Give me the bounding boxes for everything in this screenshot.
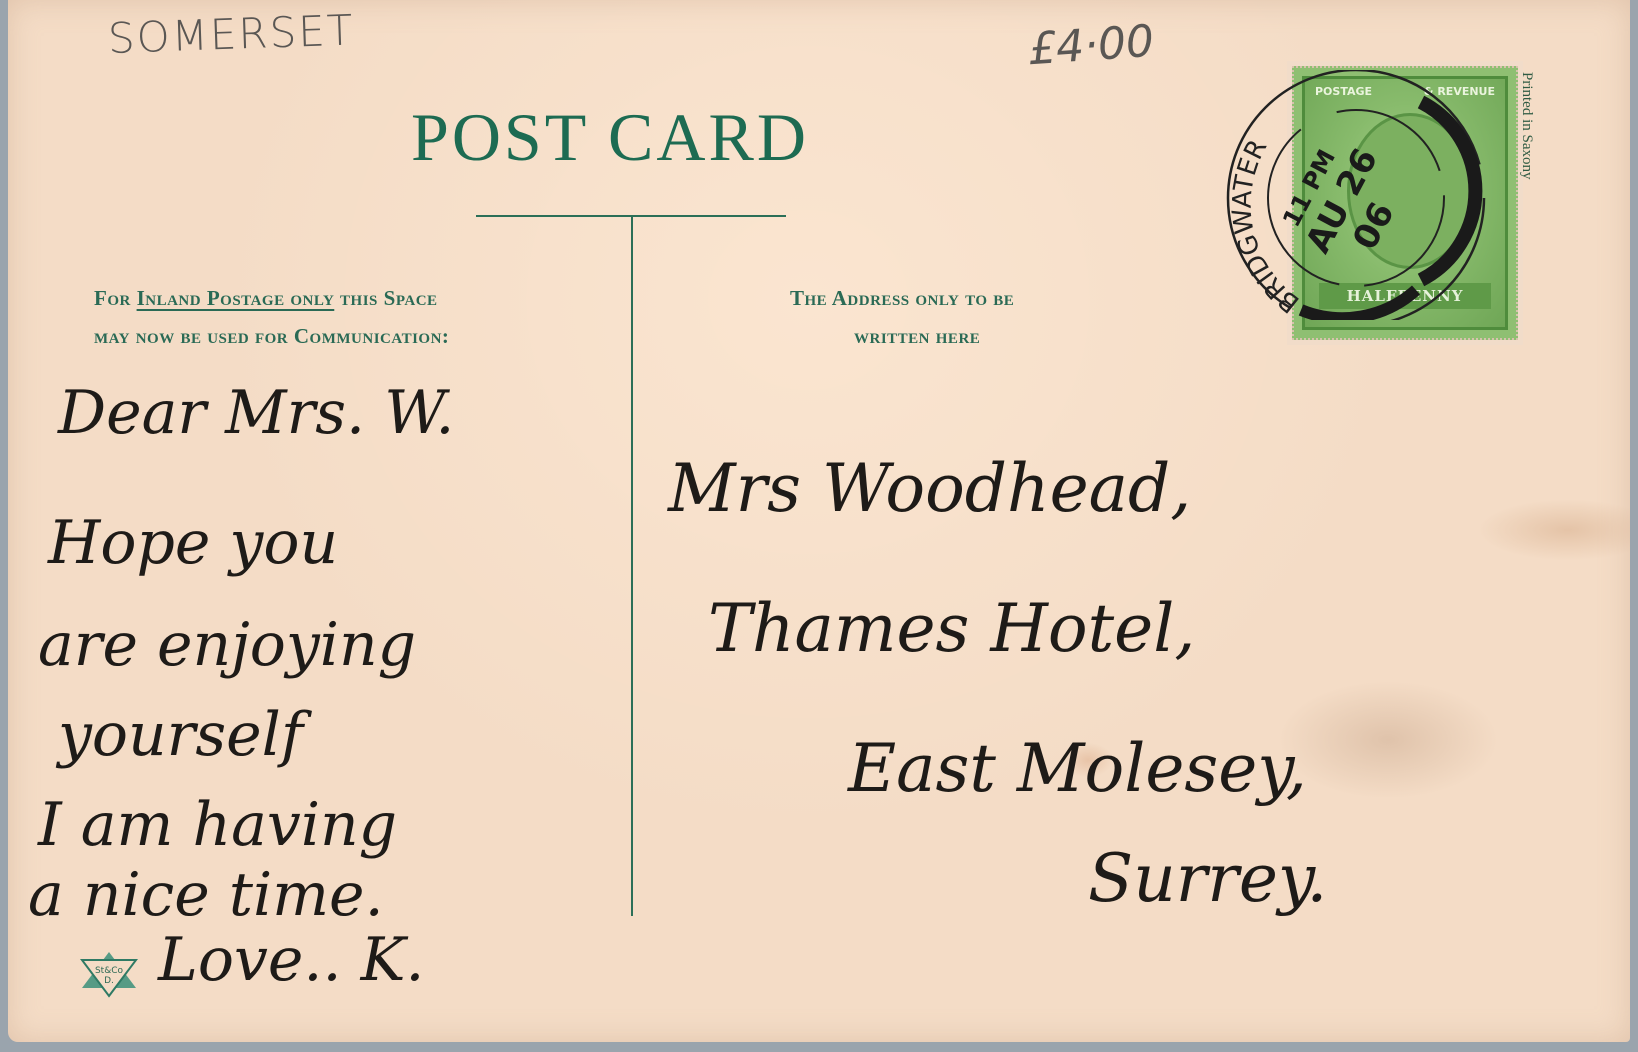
divider-vertical <box>631 216 633 916</box>
postmark-icon: BRIDGWATER 11 PM AU 26 06 <box>1206 70 1486 320</box>
address-line: Surrey. <box>1088 840 1327 917</box>
publisher-logo-line2: D. <box>104 976 114 986</box>
message-line: I am having <box>38 790 397 860</box>
message-line: yourself <box>58 700 303 770</box>
instruction-underlined: Inland Postage only <box>137 286 335 310</box>
address-line: Mrs Woodhead, <box>668 450 1191 527</box>
pencil-price-note: £4·00 <box>1026 16 1155 76</box>
message-line: Hope you <box>48 508 338 578</box>
pencil-region-note: SOMERSET <box>107 5 355 63</box>
message-line: a nice time. <box>28 860 384 930</box>
message-line: Love.. K. <box>158 925 424 995</box>
postcard: SOMERSET £4·00 POST CARD For Inland Post… <box>8 0 1630 1042</box>
address-line: East Molesey, <box>848 730 1307 807</box>
instruction-suffix: this Space <box>334 286 437 310</box>
address-line: Thames Hotel, <box>708 590 1195 667</box>
instruction-right-line1: The Address only to be <box>790 286 1014 311</box>
printed-in-note: Printed in Saxony <box>1518 72 1535 180</box>
message-line: are enjoying <box>38 610 416 680</box>
instruction-prefix: For <box>94 286 137 310</box>
publisher-logo-line1: St&Co <box>95 966 124 976</box>
message-line: Dear Mrs. W. <box>58 378 454 448</box>
instruction-left-line1: For Inland Postage only this Space <box>94 286 438 311</box>
instruction-left-line2: may now be used for Communication: <box>94 324 449 349</box>
publisher-logo-icon: St&Co D. <box>78 950 140 998</box>
postcard-title: POST CARD <box>411 98 809 177</box>
instruction-right-line2: written here <box>854 324 980 349</box>
